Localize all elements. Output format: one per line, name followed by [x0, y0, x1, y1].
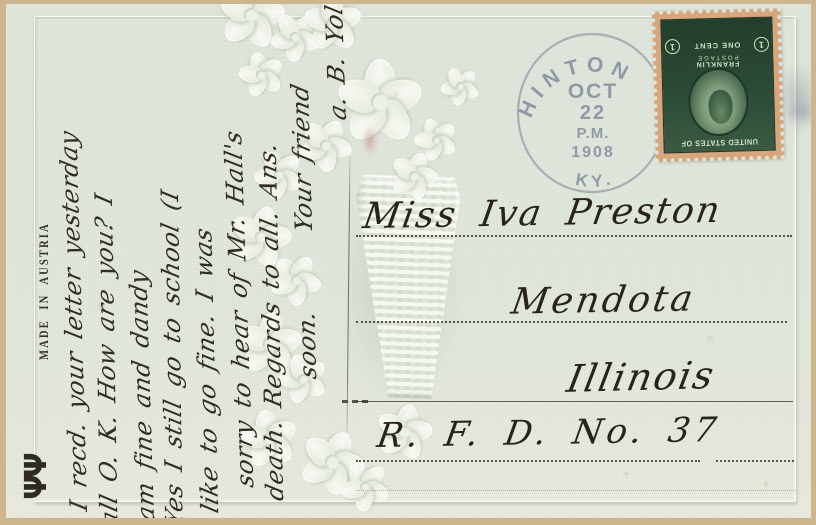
- flower-center: [456, 82, 464, 90]
- address-solid-line: [356, 401, 793, 402]
- recipient-route: R. F. D. No. 37: [374, 410, 723, 456]
- age-spots: [6, 4, 10, 8]
- postmark-month: OCT: [568, 80, 618, 103]
- postcard-surface: I recd. your letter yesterday all O. K. …: [6, 4, 811, 518]
- embossed-flower: [442, 68, 478, 104]
- postmark-state: KY.: [574, 168, 617, 191]
- stamp-denomination: ONE CENT: [693, 40, 740, 50]
- handwritten-message: I recd. your letter yesterday all O. K. …: [56, 4, 354, 518]
- address-dash-segment: [342, 400, 368, 403]
- made-in-austria-label: MADE IN AUSTRIA: [36, 204, 52, 360]
- ink-smudge: [785, 99, 811, 125]
- franklin-portrait: [708, 90, 733, 125]
- recipient-city: Mendota: [508, 278, 698, 322]
- postmark-day: 22: [580, 102, 606, 124]
- trident-icon: Ψ: [22, 474, 52, 500]
- stamp-design: UNITED STATES OF FRANKLIN POSTAGE 1 ONE …: [660, 17, 775, 154]
- message-signature: a. B. Yol: [318, 4, 355, 123]
- postage-stamp: UNITED STATES OF FRANKLIN POSTAGE 1 ONE …: [652, 8, 784, 161]
- flower-center: [371, 93, 389, 111]
- stamp-numeral-left: 1: [754, 37, 769, 52]
- stamp-country-banner: UNITED STATES OF: [669, 137, 770, 149]
- stamp-portrait-oval: [688, 67, 750, 137]
- recipient-state: Illinois: [564, 353, 719, 401]
- address-dotted-line: [716, 460, 794, 462]
- address-dotted-line: [356, 460, 700, 462]
- postmark-meridiem: P.M.: [577, 125, 610, 142]
- svg-text:KY.: KY.: [574, 168, 617, 191]
- address-faint-line: [356, 490, 796, 491]
- pink-tint-mark: [362, 126, 378, 156]
- stamp-numeral-right: 1: [665, 39, 680, 54]
- trident-printer-mark-icon: Ψ Ψ: [22, 446, 68, 506]
- embossed-flower: [392, 154, 436, 198]
- postcard-scan: I recd. your letter yesterday all O. K. …: [0, 0, 816, 525]
- postmark-year: 1908: [571, 144, 615, 161]
- flower-center: [409, 171, 419, 181]
